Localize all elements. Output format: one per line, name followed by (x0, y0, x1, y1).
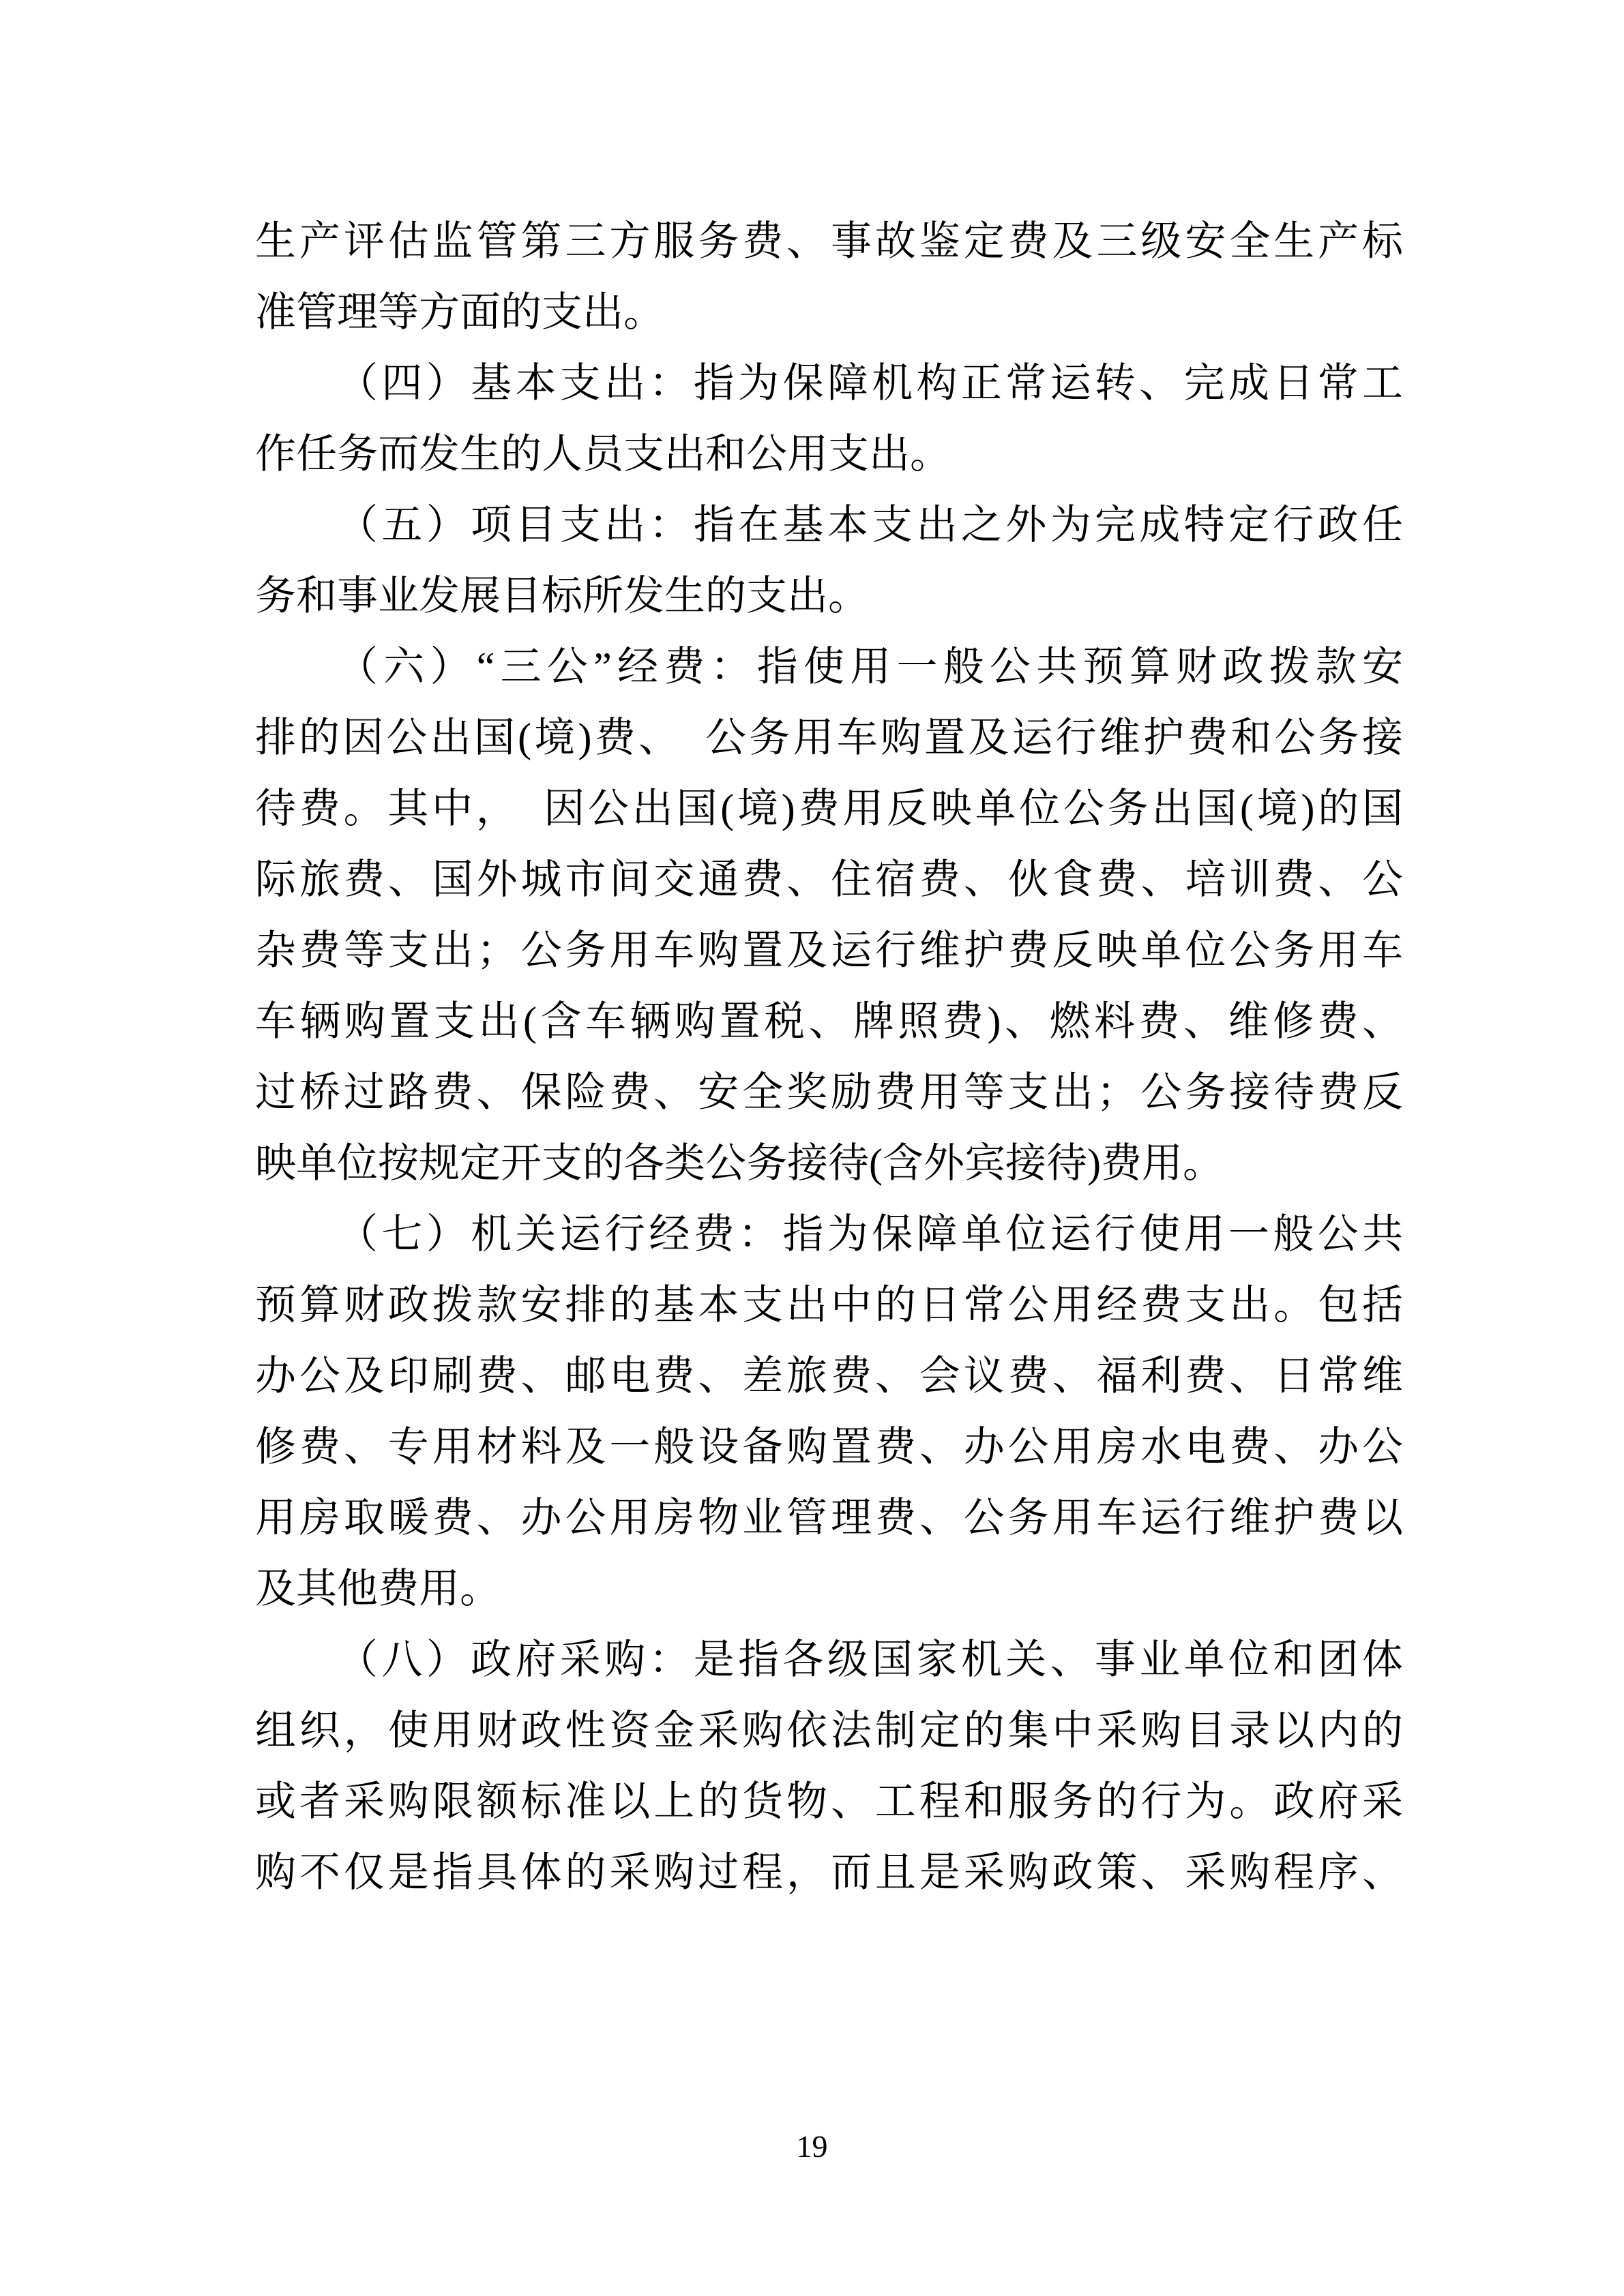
text-line: 杂费等支出；公务用车购置及运行维护费反映单位公务用车 (255, 915, 1403, 986)
paragraph: 生产评估监管第三方服务费、事故鉴定费及三级安全生产标准管理等方面的支出。 (255, 206, 1403, 348)
text-line: （七）机关运行经费：指为保障单位运行使用一般公共 (255, 1199, 1403, 1270)
text-line: 准管理等方面的支出。 (255, 277, 1403, 348)
text-line: 用房取暖费、办公用房物业管理费、公务用车运行维护费以 (255, 1482, 1403, 1553)
text-line: 及其他费用。 (255, 1553, 1403, 1624)
text-line: 映单位按规定开支的各类公务接待(含外宾接待)费用。 (255, 1128, 1403, 1199)
page-number: 19 (0, 2126, 1624, 2167)
paragraph: （七）机关运行经费：指为保障单位运行使用一般公共预算财政拨款安排的基本支出中的日… (255, 1199, 1403, 1624)
paragraph: （四）基本支出：指为保障机构正常运转、完成日常工作任务而发生的人员支出和公用支出… (255, 348, 1403, 490)
text-line: 过桥过路费、保险费、安全奖励费用等支出；公务接待费反 (255, 1057, 1403, 1128)
text-line: 际旅费、国外城市间交通费、住宿费、伙食费、培训费、公 (255, 844, 1403, 915)
text-line: 修费、专用材料及一般设备购置费、办公用房水电费、办公 (255, 1412, 1403, 1482)
text-line: 组织，使用财政性资金采购依法制定的集中采购目录以内的 (255, 1695, 1403, 1766)
text-line: （六）“三公”经费：指使用一般公共预算财政拨款安 (255, 631, 1403, 702)
text-line: 待费。其中， 因公出国(境)费用反映单位公务出国(境)的国 (255, 773, 1403, 844)
text-line: 生产评估监管第三方服务费、事故鉴定费及三级安全生产标 (255, 206, 1403, 277)
text-line: 车辆购置支出(含车辆购置税、牌照费)、燃料费、维修费、 (255, 986, 1403, 1057)
text-line: （四）基本支出：指为保障机构正常运转、完成日常工 (255, 348, 1403, 419)
content: 生产评估监管第三方服务费、事故鉴定费及三级安全生产标准管理等方面的支出。（四）基… (255, 206, 1403, 1908)
text-line: 排的因公出国(境)费、 公务用车购置及运行维护费和公务接 (255, 702, 1403, 773)
text-line: 务和事业发展目标所发生的支出。 (255, 561, 1403, 631)
text-line: 办公及印刷费、邮电费、差旅费、会议费、福利费、日常维 (255, 1341, 1403, 1412)
paragraph: （六）“三公”经费：指使用一般公共预算财政拨款安排的因公出国(境)费、 公务用车… (255, 631, 1403, 1199)
paragraph: （八）政府采购：是指各级国家机关、事业单位和团体组织，使用财政性资金采购依法制定… (255, 1624, 1403, 1908)
text-line: （八）政府采购：是指各级国家机关、事业单位和团体 (255, 1624, 1403, 1695)
text-line: 预算财政拨款安排的基本支出中的日常公用经费支出。包括 (255, 1270, 1403, 1341)
paragraph: （五）项目支出：指在基本支出之外为完成特定行政任务和事业发展目标所发生的支出。 (255, 490, 1403, 631)
text-line: 或者采购限额标准以上的货物、工程和服务的行为。政府采 (255, 1766, 1403, 1837)
text-line: 作任务而发生的人员支出和公用支出。 (255, 419, 1403, 490)
document-page: 生产评估监管第三方服务费、事故鉴定费及三级安全生产标准管理等方面的支出。（四）基… (0, 0, 1624, 2296)
text-line: 购不仅是指具体的采购过程，而且是采购政策、采购程序、 (255, 1837, 1403, 1908)
text-line: （五）项目支出：指在基本支出之外为完成特定行政任 (255, 490, 1403, 561)
